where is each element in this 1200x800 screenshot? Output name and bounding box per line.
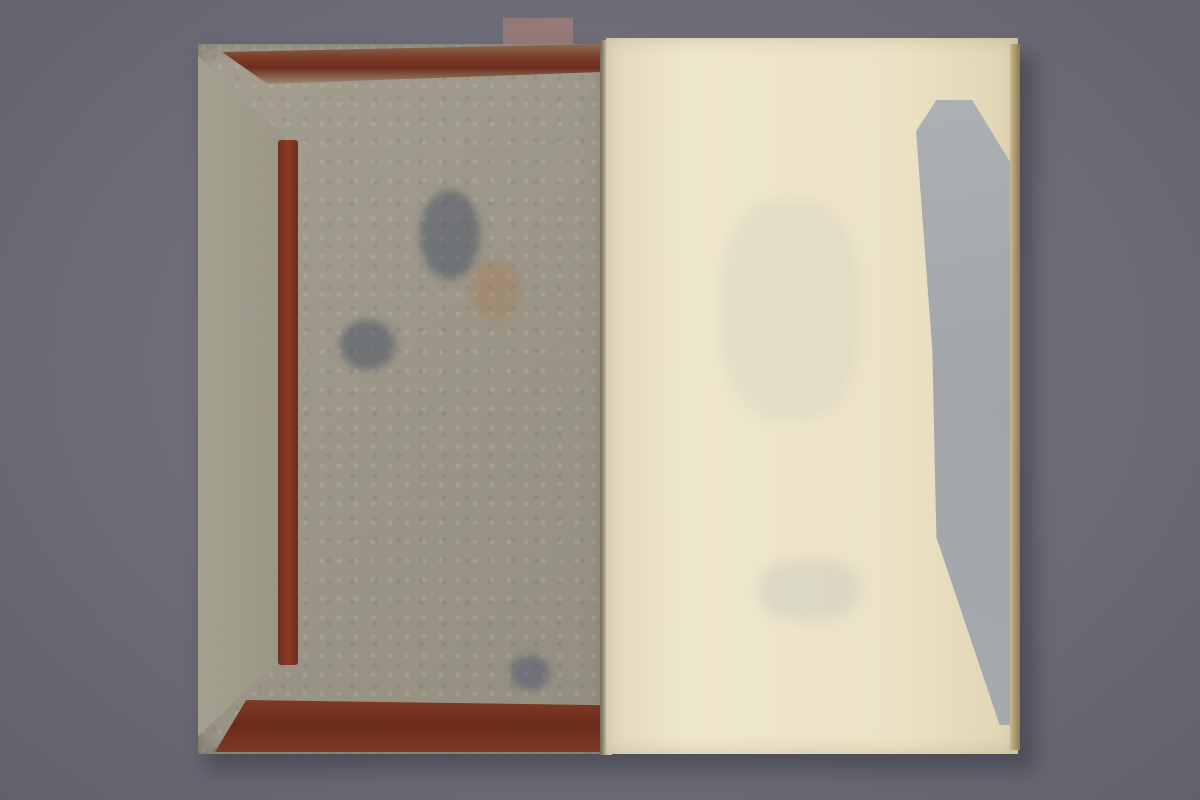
page-fore-edge bbox=[1010, 44, 1020, 750]
left-cover-folded-flap bbox=[198, 56, 286, 736]
ink-stain bbox=[470, 260, 520, 320]
show-through-print bbox=[720, 200, 860, 420]
faint-label-tag bbox=[503, 18, 573, 44]
bottom-binding-strip bbox=[215, 700, 605, 752]
ink-stain bbox=[510, 655, 550, 690]
show-through-print bbox=[760, 560, 860, 620]
vertical-binding-strip bbox=[278, 140, 298, 665]
ink-stain bbox=[420, 190, 480, 280]
ink-stain bbox=[340, 320, 395, 370]
